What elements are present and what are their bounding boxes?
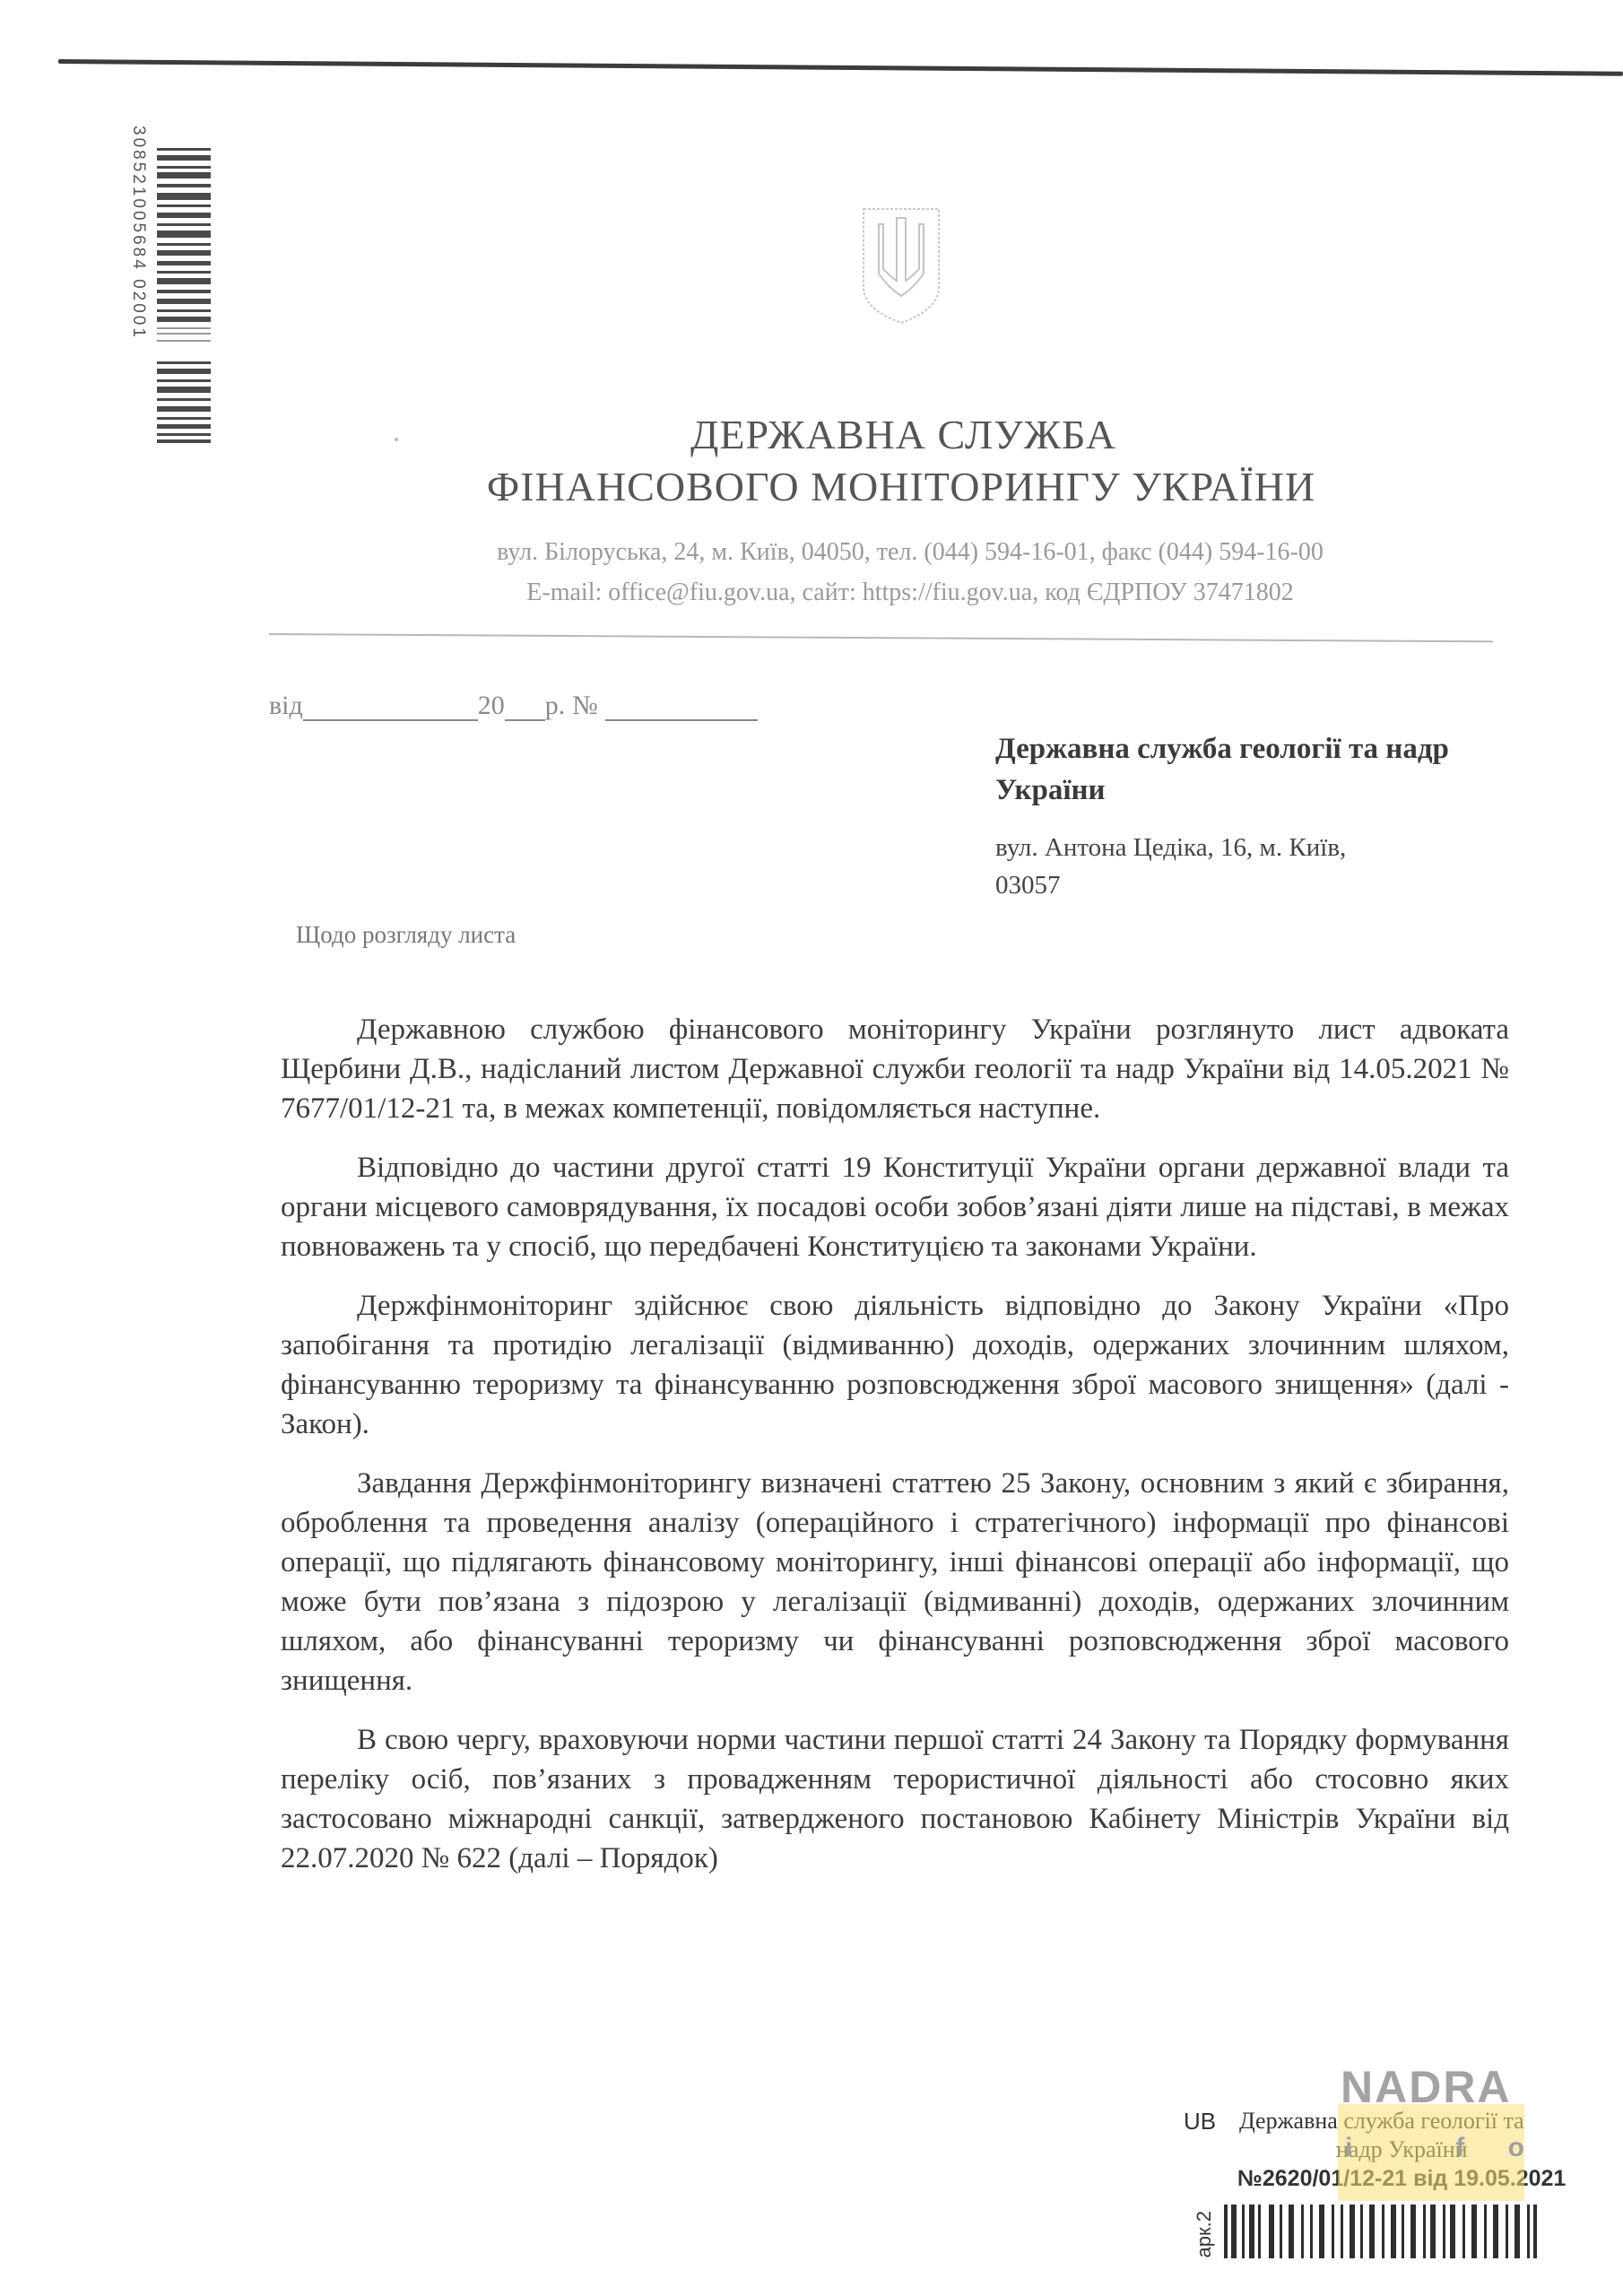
- recipient-name: Державна служба геології та надр України: [995, 728, 1497, 811]
- ref-number-blank: [605, 694, 758, 721]
- barcode-digits: 308521005684 02001: [121, 126, 148, 448]
- letter-body: Державною службою фінансового моніторинг…: [281, 1010, 1509, 1898]
- stamp-prefix: UB: [1184, 2108, 1216, 2135]
- header-separator: [269, 633, 1493, 642]
- body-paragraph-5: В свою чергу, враховуючи норми частини п…: [281, 1720, 1509, 1878]
- watermark-info: i n f o: [1345, 2133, 1524, 2163]
- top-border-line: [58, 59, 1623, 76]
- letter-subject: Щодо розгляду листа: [296, 921, 516, 949]
- body-paragraph-4: Завдання Держфінмоніторингу визначені ст…: [281, 1464, 1509, 1700]
- coat-of-arms-icon: [856, 202, 946, 327]
- document-barcode: 308521005684 02001: [121, 126, 220, 448]
- ref-number-label: №: [572, 691, 598, 721]
- barcode-bars-icon: [157, 148, 211, 444]
- ref-from-label: від: [269, 691, 303, 721]
- watermark-brand: NADRA: [1341, 2061, 1512, 2113]
- scan-speck: [395, 438, 398, 441]
- body-paragraph-2: Відповідно до частини другої статті 19 К…: [281, 1148, 1509, 1266]
- stamp-sheet-label: арк.2: [1193, 2211, 1216, 2257]
- org-title-line2: ФІНАНСОВОГО МОНІТОРИНГУ УКРАЇНИ: [0, 466, 1623, 508]
- body-paragraph-1: Державною службою фінансового моніторинг…: [281, 1010, 1509, 1128]
- body-paragraph-3: Держфінмоніторинг здійснює свою діяльніс…: [281, 1286, 1509, 1444]
- ref-year-blank: [505, 694, 545, 721]
- recipient-address: вул. Антона Цедіка, 16, м. Київ, 03057: [995, 829, 1497, 904]
- org-title-line1: ДЕРЖАВНА СЛУЖБА: [0, 414, 1623, 456]
- recipient-address-line2: 03057: [995, 866, 1497, 904]
- stamp-barcode-icon: [1224, 2205, 1538, 2258]
- recipient-address-line1: вул. Антона Цедіка, 16, м. Київ,: [995, 829, 1497, 866]
- ref-year-suffix: р.: [545, 691, 566, 721]
- ref-date-blank: [303, 694, 478, 721]
- sender-contacts: E-mail: office@fiu.gov.ua, сайт: https:/…: [0, 578, 1623, 607]
- ref-year-prefix: 20: [478, 691, 505, 721]
- watermark-letter-o: o: [1508, 2133, 1524, 2163]
- watermark-letter-f: f: [1455, 2133, 1464, 2163]
- reference-line: від 20 р. №: [269, 691, 758, 721]
- watermark-letter-i: i: [1345, 2133, 1352, 2163]
- sender-address: вул. Білоруська, 24, м. Київ, 04050, тел…: [0, 538, 1623, 567]
